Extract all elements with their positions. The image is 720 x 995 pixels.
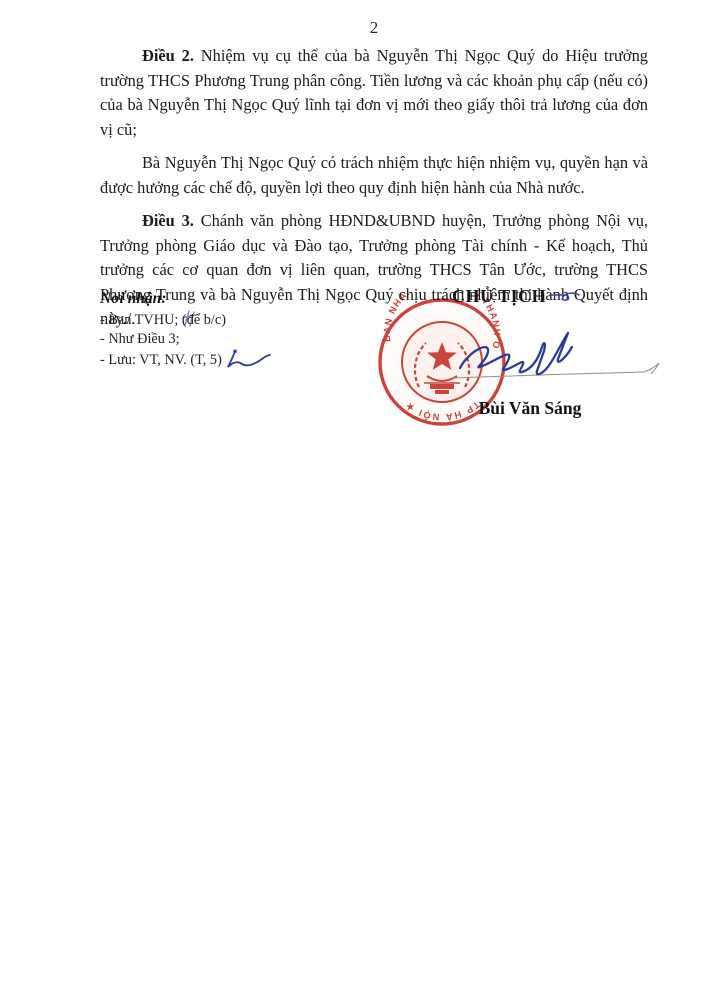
article-2-label: Điều 2. [142,46,194,65]
recipients-block: Nơi nhận: - Ban TVHU; (để b/c) - Như Điề… [100,290,340,378]
handwritten-initial-icon [226,348,272,378]
recipient-item: - Như Điều 3; [100,330,340,349]
scan-line [452,372,644,378]
article-3-label: Điều 3. [142,211,194,230]
scan-line-flick [644,363,659,374]
recipient-item: - Ban TVHU; (để b/c) [100,311,340,330]
recipients-heading: Nơi nhận: [100,290,340,308]
article-2-paragraph: Điều 2. Nhiệm vụ cụ thể của bà Nguyễn Th… [100,44,648,142]
document-page: 2 Điều 2. Nhiệm vụ cụ thể của bà Nguyễn … [0,0,720,995]
responsibility-paragraph: Bà Nguyễn Thị Ngọc Quý có trách nhiệm th… [100,151,648,200]
signature-ink [460,333,572,374]
signer-name: Bùi Văn Sáng [430,398,630,419]
recipient-item-text: - Lưu: VT, NV. (T, 5) [100,352,222,368]
handwritten-squiggle-icon [548,287,584,310]
chairman-signature [446,314,674,392]
recipient-item: - Lưu: VT, NV. (T, 5) [100,348,340,378]
page-number: 2 [100,18,648,38]
recipients-list: - Ban TVHU; (để b/c) - Như Điều 3; - Lưu… [100,311,340,378]
